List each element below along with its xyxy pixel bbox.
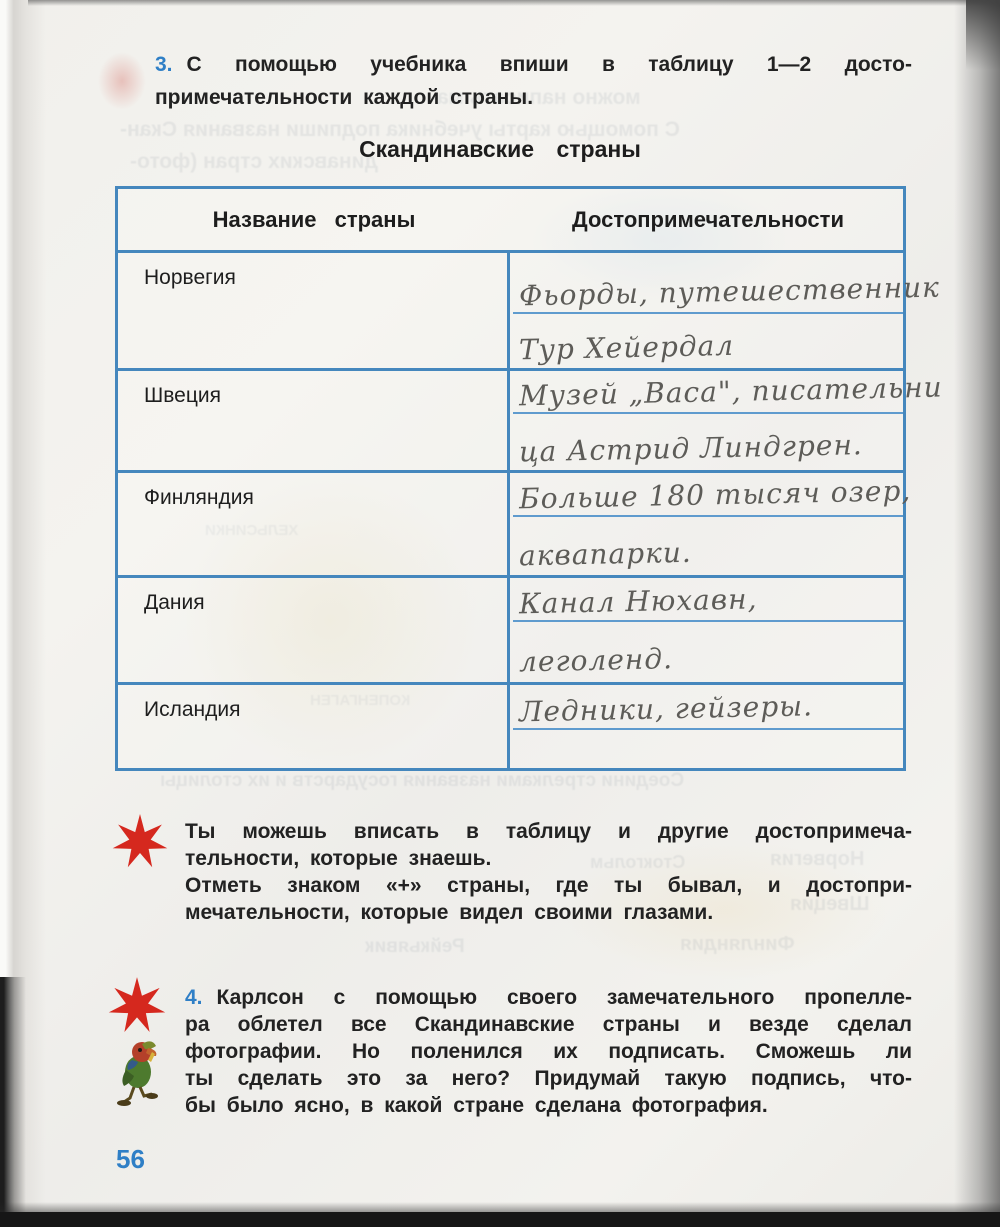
header-country-column: Название страны <box>118 189 510 250</box>
sights-cell[interactable]: Музей „Васа", писательни ца Астрид Линдг… <box>513 371 903 470</box>
note-paragraph: Ты можешь вписать в таблицу и другие дос… <box>185 818 912 926</box>
country-name-cell: Норвегия <box>118 253 510 368</box>
scan-edge-right <box>954 0 1000 1227</box>
note-line: Ты можешь вписать в таблицу и другие дос… <box>185 818 912 845</box>
header-sights-column: Достопримечательности <box>513 189 903 250</box>
writing-rule-line <box>513 620 903 622</box>
table-row-iceland: Исландия Ледники, гейзеры. <box>118 682 903 768</box>
workbook-page: можно написать ма- С помощью карты учебн… <box>0 0 1000 1227</box>
red-bleed-smudge <box>98 52 146 110</box>
task-4-text: Карлсон с помощью своего замечательного … <box>217 986 912 1009</box>
table-row-finland: Финляндия Больше 180 тысяч озер, аквапар… <box>118 470 903 575</box>
note-line: Отметь знаком «+» страны, где ты бывал, … <box>185 872 912 899</box>
task-4-line: 4.Карлсон с помощью своего замечательног… <box>185 984 912 1011</box>
page-number: 56 <box>116 1144 145 1175</box>
task-3-line: примечательности каждой страны. <box>155 81 912 114</box>
writing-rule-line <box>513 312 903 314</box>
task-4-line: ра облетел все Скандинавские страны и ве… <box>185 1011 912 1038</box>
scandinavian-countries-table: Название страны Достопримечательности Но… <box>115 186 906 771</box>
handwritten-answer: ца Астрид Линдгрен. <box>519 427 940 469</box>
task-4-line: бы было ясно, в какой стране сделана фот… <box>185 1092 912 1119</box>
task-4-number: 4. <box>185 986 203 1009</box>
red-star-icon <box>106 975 168 1037</box>
writing-rule-line <box>513 515 903 517</box>
note-line: мечательности, которые видел своими глаз… <box>185 899 912 926</box>
sights-cell[interactable]: Канал Нюхавн, леголенд. <box>513 578 903 682</box>
sights-cell[interactable]: Фьорды, путешественник Тур Хейердал <box>513 253 903 368</box>
scan-edge-bottom-fade <box>0 1202 1000 1212</box>
task-3-paragraph: 3.С помощью учебника впиши в таблицу 1—2… <box>155 48 912 114</box>
table-header-row: Название страны Достопримечательности <box>118 189 903 250</box>
handwritten-answer: Фьорды, путешественник <box>519 271 940 313</box>
handwritten-answer: аквапарки. <box>519 531 940 573</box>
bleed-text: Финляндия <box>680 933 795 956</box>
scan-edge-top <box>28 0 1000 6</box>
country-name-cell: Исландия <box>118 685 510 768</box>
bleed-text: Рейкьявик <box>365 936 465 958</box>
task-4-paragraph: 4.Карлсон с помощью своего замечательног… <box>185 984 912 1119</box>
scan-edge-bottom <box>0 1212 1000 1227</box>
table-title: Скандинавские страны <box>0 136 1000 163</box>
handwritten-answer: Музей „Васа", писательни <box>519 371 940 413</box>
red-star-icon <box>110 812 170 872</box>
writing-rule-line <box>513 728 903 730</box>
writing-rule-line <box>513 412 903 414</box>
parrot-character-icon <box>112 1030 168 1108</box>
task-4-line: ты сделать это за него? Придумай такую п… <box>185 1065 912 1092</box>
note-line: тельности, которые знаешь. <box>185 845 912 872</box>
handwritten-answer: Ледники, гейзеры. <box>519 687 940 729</box>
sights-cell[interactable]: Ледники, гейзеры. <box>513 685 903 768</box>
handwritten-answer: леголенд. <box>519 637 940 679</box>
handwritten-answer: Канал Нюхавн, <box>519 579 940 621</box>
table-row-sweden: Швеция Музей „Васа", писательни ца Астри… <box>118 368 903 470</box>
country-name-cell: Швеция <box>118 371 510 470</box>
task-3-line: 3.С помощью учебника впиши в таблицу 1—2… <box>155 48 912 81</box>
scan-corner-shadow <box>966 0 1000 70</box>
table-row-denmark: Дания Канал Нюхавн, леголенд. <box>118 575 903 682</box>
handwritten-answer: Больше 180 тысяч озер, <box>519 474 940 516</box>
handwritten-answer: Тур Хейердал <box>519 325 940 367</box>
sights-cell[interactable]: Больше 180 тысяч озер, аквапарки. <box>513 473 903 575</box>
task-3-text: С помощью учебника впиши в таблицу 1—2 д… <box>187 53 912 76</box>
task-3-number: 3. <box>155 53 173 76</box>
scan-edge-dark <box>0 977 26 1227</box>
bleed-text: Соедини стрелками названия государств и … <box>160 770 684 792</box>
task-4-line: фотографии. Но поленился их подписать. С… <box>185 1038 912 1065</box>
table-row-norway: Норвегия Фьорды, путешественник Тур Хейе… <box>118 250 903 368</box>
country-name-cell: Дания <box>118 578 510 682</box>
country-name-cell: Финляндия <box>118 473 510 575</box>
